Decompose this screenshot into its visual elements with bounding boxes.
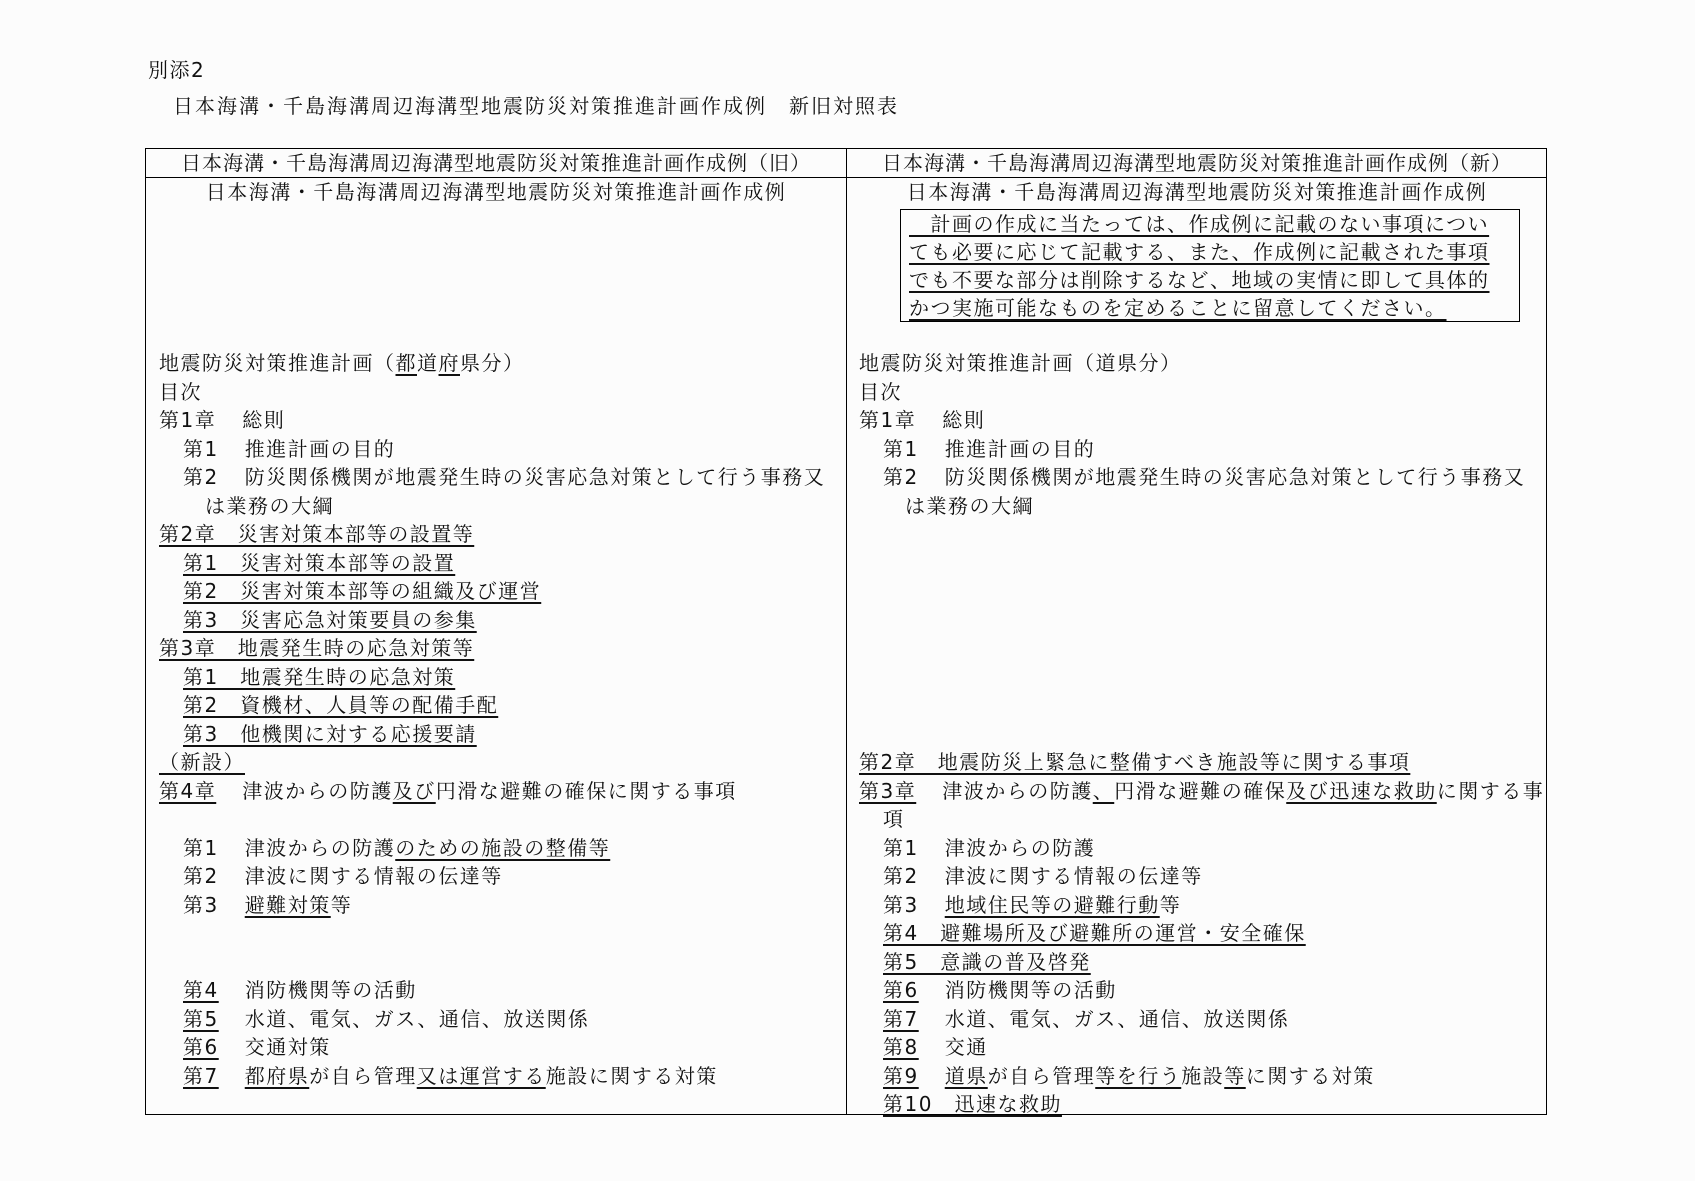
toc-row: 第2章 地震防災上緊急に整備すべき施設等に関する事項 [859,748,1410,777]
toc-row: 第2 資機材、人員等の配備手配 [183,691,498,720]
toc-text: 第2 [883,864,919,888]
toc-text: は業務の大綱 [905,494,1034,518]
toc-row: 第6消防機関等の活動 [883,976,1117,1005]
toc-row: 第1推進計画の目的 [183,435,395,464]
toc-text: に関する対策 [1246,1064,1375,1088]
toc-row: 第10 迅速な救助 [883,1090,1062,1119]
changed-text: 第4 [183,978,219,1002]
changed-text: 等 [1224,1064,1246,1088]
changed-text: （新設） [159,750,245,774]
toc-text: 目次 [859,380,902,404]
toc-text: 第1 [883,437,919,461]
changed-text: 第2章 地震防災上緊急に整備すべき施設等に関する事項 [859,750,1410,774]
comparison-table: 日本海溝・千島海溝周辺海溝型地震防災対策推進計画作成例（旧） 日本海溝・千島海溝… [145,148,1547,1115]
new-plan-subtitle: 日本海溝・千島海溝周辺海溝型地震防災対策推進計画作成例 [847,178,1547,207]
toc-text: 推進計画の目的 [945,437,1096,461]
toc-row: 第3章津波からの防護、円滑な避難の確保及び迅速な救助に関する事 [859,777,1544,806]
toc-row: は業務の大綱 [905,492,1034,521]
toc-text: 防災関係機関が地震発生時の災害応急対策として行う事務又 [245,465,826,489]
toc-row: 地震防災対策推進計画（都道府県分） [159,349,525,378]
changed-text: 府 [439,351,461,375]
toc-text: 津波に関する情報の伝達等 [945,864,1203,888]
notice-line: でも不要な部分は削除するなど、地域の実情に即して具体的 [909,266,1511,294]
toc-text: 等 [1160,893,1182,917]
toc-text: 第2 [183,465,219,489]
toc-text: 等 [331,893,353,917]
changed-text: 第1 地震発生時の応急対策 [183,665,455,689]
toc-row: 第1章総則 [859,406,985,435]
toc-row: 第1推進計画の目的 [883,435,1095,464]
toc-text: 県分） [460,351,525,375]
toc-text: 水道、電気、ガス、通信、放送関係 [245,1007,590,1031]
toc-text: 円滑な避難の確保 [1114,779,1286,803]
changed-text: 及び [393,779,436,803]
changed-text: 第3章 地震発生時の応急対策等 [159,636,474,660]
column-header-new: 日本海溝・千島海溝周辺海溝型地震防災対策推進計画作成例（新） [847,149,1547,177]
toc-text: 道 [417,351,439,375]
toc-text: 施設 [1181,1064,1224,1088]
toc-row: 第1 災害対策本部等の設置 [183,549,455,578]
old-plan-subtitle: 日本海溝・千島海溝周辺海溝型地震防災対策推進計画作成例 [146,178,846,207]
changed-text: 第10 迅速な救助 [883,1092,1062,1116]
toc-row: 第3章 地震発生時の応急対策等 [159,634,474,663]
changed-text: 都 [396,351,418,375]
toc-text: に関する事 [1437,779,1545,803]
toc-row: 第5水道、電気、ガス、通信、放送関係 [183,1005,589,1034]
toc-row: 第2 災害対策本部等の組織及び運営 [183,577,541,606]
notice-line: かつ実施可能なものを定めることに留意してください。 [909,294,1511,322]
toc-text: 第1 [183,437,219,461]
toc-row: 第2津波に関する情報の伝達等 [883,862,1203,891]
changed-text: のための施設の整備等 [395,836,610,860]
toc-row: 第1章総則 [159,406,285,435]
toc-row: 第6交通対策 [183,1033,331,1062]
toc-row: 第3避難対策等 [183,891,352,920]
toc-row: 第2防災関係機関が地震発生時の災害応急対策として行う事務又 [183,463,825,492]
toc-row: 目次 [159,378,202,407]
toc-row: 第1 地震発生時の応急対策 [183,663,455,692]
toc-text: 第3 [883,893,919,917]
changed-text: 道県 [945,1064,988,1088]
changed-text: 第2章 災害対策本部等の設置等 [159,522,474,546]
toc-text: が自ら管理 [988,1064,1096,1088]
changed-text: 第3章 [859,779,916,803]
document-title: 日本海溝・千島海溝周辺海溝型地震防災対策推進計画作成例 新旧対照表 [173,92,899,121]
changed-text: 第8 [883,1035,919,1059]
attachment-label: 別添2 [148,56,205,85]
toc-row: 第4章津波からの防護及び円滑な避難の確保に関する事項 [159,777,737,806]
column-header-old: 日本海溝・千島海溝周辺海溝型地震防災対策推進計画作成例（旧） [146,149,846,177]
toc-text: 津波からの防護 [945,836,1096,860]
toc-row: （新設） [159,748,245,777]
toc-row: 第8交通 [883,1033,988,1062]
changed-text: 第6 [183,1035,219,1059]
changed-text: 第2 資機材、人員等の配備手配 [183,693,498,717]
toc-row: 項 [883,805,905,834]
changed-text: 第6 [883,978,919,1002]
toc-text: 津波からの防護 [942,779,1093,803]
changed-text: 第5 [183,1007,219,1031]
toc-text: 消防機関等の活動 [945,978,1117,1002]
toc-row: 第7水道、電気、ガス、通信、放送関係 [883,1005,1289,1034]
toc-text: 目次 [159,380,202,404]
changed-text: 第3 他機関に対する応援要請 [183,722,477,746]
toc-text: 消防機関等の活動 [245,978,417,1002]
toc-row: 第7都府県が自ら管理又は運営する施設に関する対策 [183,1062,718,1091]
changed-text: 第9 [883,1064,919,1088]
changed-text: 、 [1093,779,1115,803]
toc-text: 水道、電気、ガス、通信、放送関係 [945,1007,1290,1031]
toc-text: 総則 [242,408,285,432]
toc-text: は業務の大綱 [205,494,334,518]
changed-text: 又は運営する [417,1064,546,1088]
toc-text: 第1 [883,836,919,860]
toc-row: 第3 他機関に対する応援要請 [183,720,477,749]
notice-box: 計画の作成に当たっては、作成例に記載のない事項につい ても必要に応じて記載する、… [900,209,1520,322]
toc-row: 第3 災害応急対策要員の参集 [183,606,477,635]
toc-row: 第1津波からの防護 [883,834,1095,863]
changed-text: 等を行う [1095,1064,1181,1088]
changed-text: 避難対策 [245,893,331,917]
toc-row: 第4消防機関等の活動 [183,976,417,1005]
notice-line: ても必要に応じて記載する、また、作成例に記載された事項 [909,238,1511,266]
toc-text: 津波からの防護 [245,836,396,860]
toc-text: 津波からの防護 [242,779,393,803]
toc-text: 推進計画の目的 [245,437,396,461]
changed-text: 第4 避難場所及び避難所の運営・安全確保 [883,921,1306,945]
toc-text: 津波に関する情報の伝達等 [245,864,503,888]
toc-text: 第2 [183,864,219,888]
toc-row: 第9道県が自ら管理等を行う施設等に関する対策 [883,1062,1375,1091]
toc-row: は業務の大綱 [205,492,334,521]
toc-text: 地震防災対策推進計画（道県分） [859,351,1182,375]
changed-text: 第2 災害対策本部等の組織及び運営 [183,579,541,603]
toc-text: 第3 [183,893,219,917]
toc-row: 第2章 災害対策本部等の設置等 [159,520,474,549]
toc-row: 第3地域住民等の避難行動等 [883,891,1181,920]
toc-text: が自ら管理 [309,1064,417,1088]
toc-text: 施設に関する対策 [546,1064,718,1088]
notice-line: 計画の作成に当たっては、作成例に記載のない事項につい [909,210,1511,238]
toc-text: 第1章 [159,408,216,432]
toc-text: 第2 [883,465,919,489]
changed-text: 及び迅速な救助 [1286,779,1437,803]
toc-text: 地震防災対策推進計画（ [159,351,396,375]
toc-text: 項 [883,807,905,831]
toc-row: 第2防災関係機関が地震発生時の災害応急対策として行う事務又 [883,463,1525,492]
toc-text: 円滑な避難の確保に関する事項 [436,779,737,803]
toc-row: 第4 避難場所及び避難所の運営・安全確保 [883,919,1306,948]
toc-row: 第5 意識の普及啓発 [883,948,1091,977]
toc-text: 交通対策 [245,1035,331,1059]
toc-row: 第1津波からの防護のための施設の整備等 [183,834,610,863]
toc-text: 第1 [183,836,219,860]
toc-row: 地震防災対策推進計画（道県分） [859,349,1182,378]
changed-text: 第5 意識の普及啓発 [883,950,1091,974]
changed-text: 第7 [883,1007,919,1031]
changed-text: 第1 災害対策本部等の設置 [183,551,455,575]
changed-text: 第7 [183,1064,219,1088]
toc-text: 防災関係機関が地震発生時の災害応急対策として行う事務又 [945,465,1526,489]
column-divider [846,149,847,1114]
toc-text: 交通 [945,1035,988,1059]
changed-text: 地域住民等の避難行動 [945,893,1160,917]
changed-text: 第3 災害応急対策要員の参集 [183,608,477,632]
toc-text: 総則 [942,408,985,432]
toc-text: 第1章 [859,408,916,432]
changed-text: 都府県 [245,1064,310,1088]
changed-text: 第4章 [159,779,216,803]
toc-row: 第2津波に関する情報の伝達等 [183,862,503,891]
toc-row: 目次 [859,378,902,407]
